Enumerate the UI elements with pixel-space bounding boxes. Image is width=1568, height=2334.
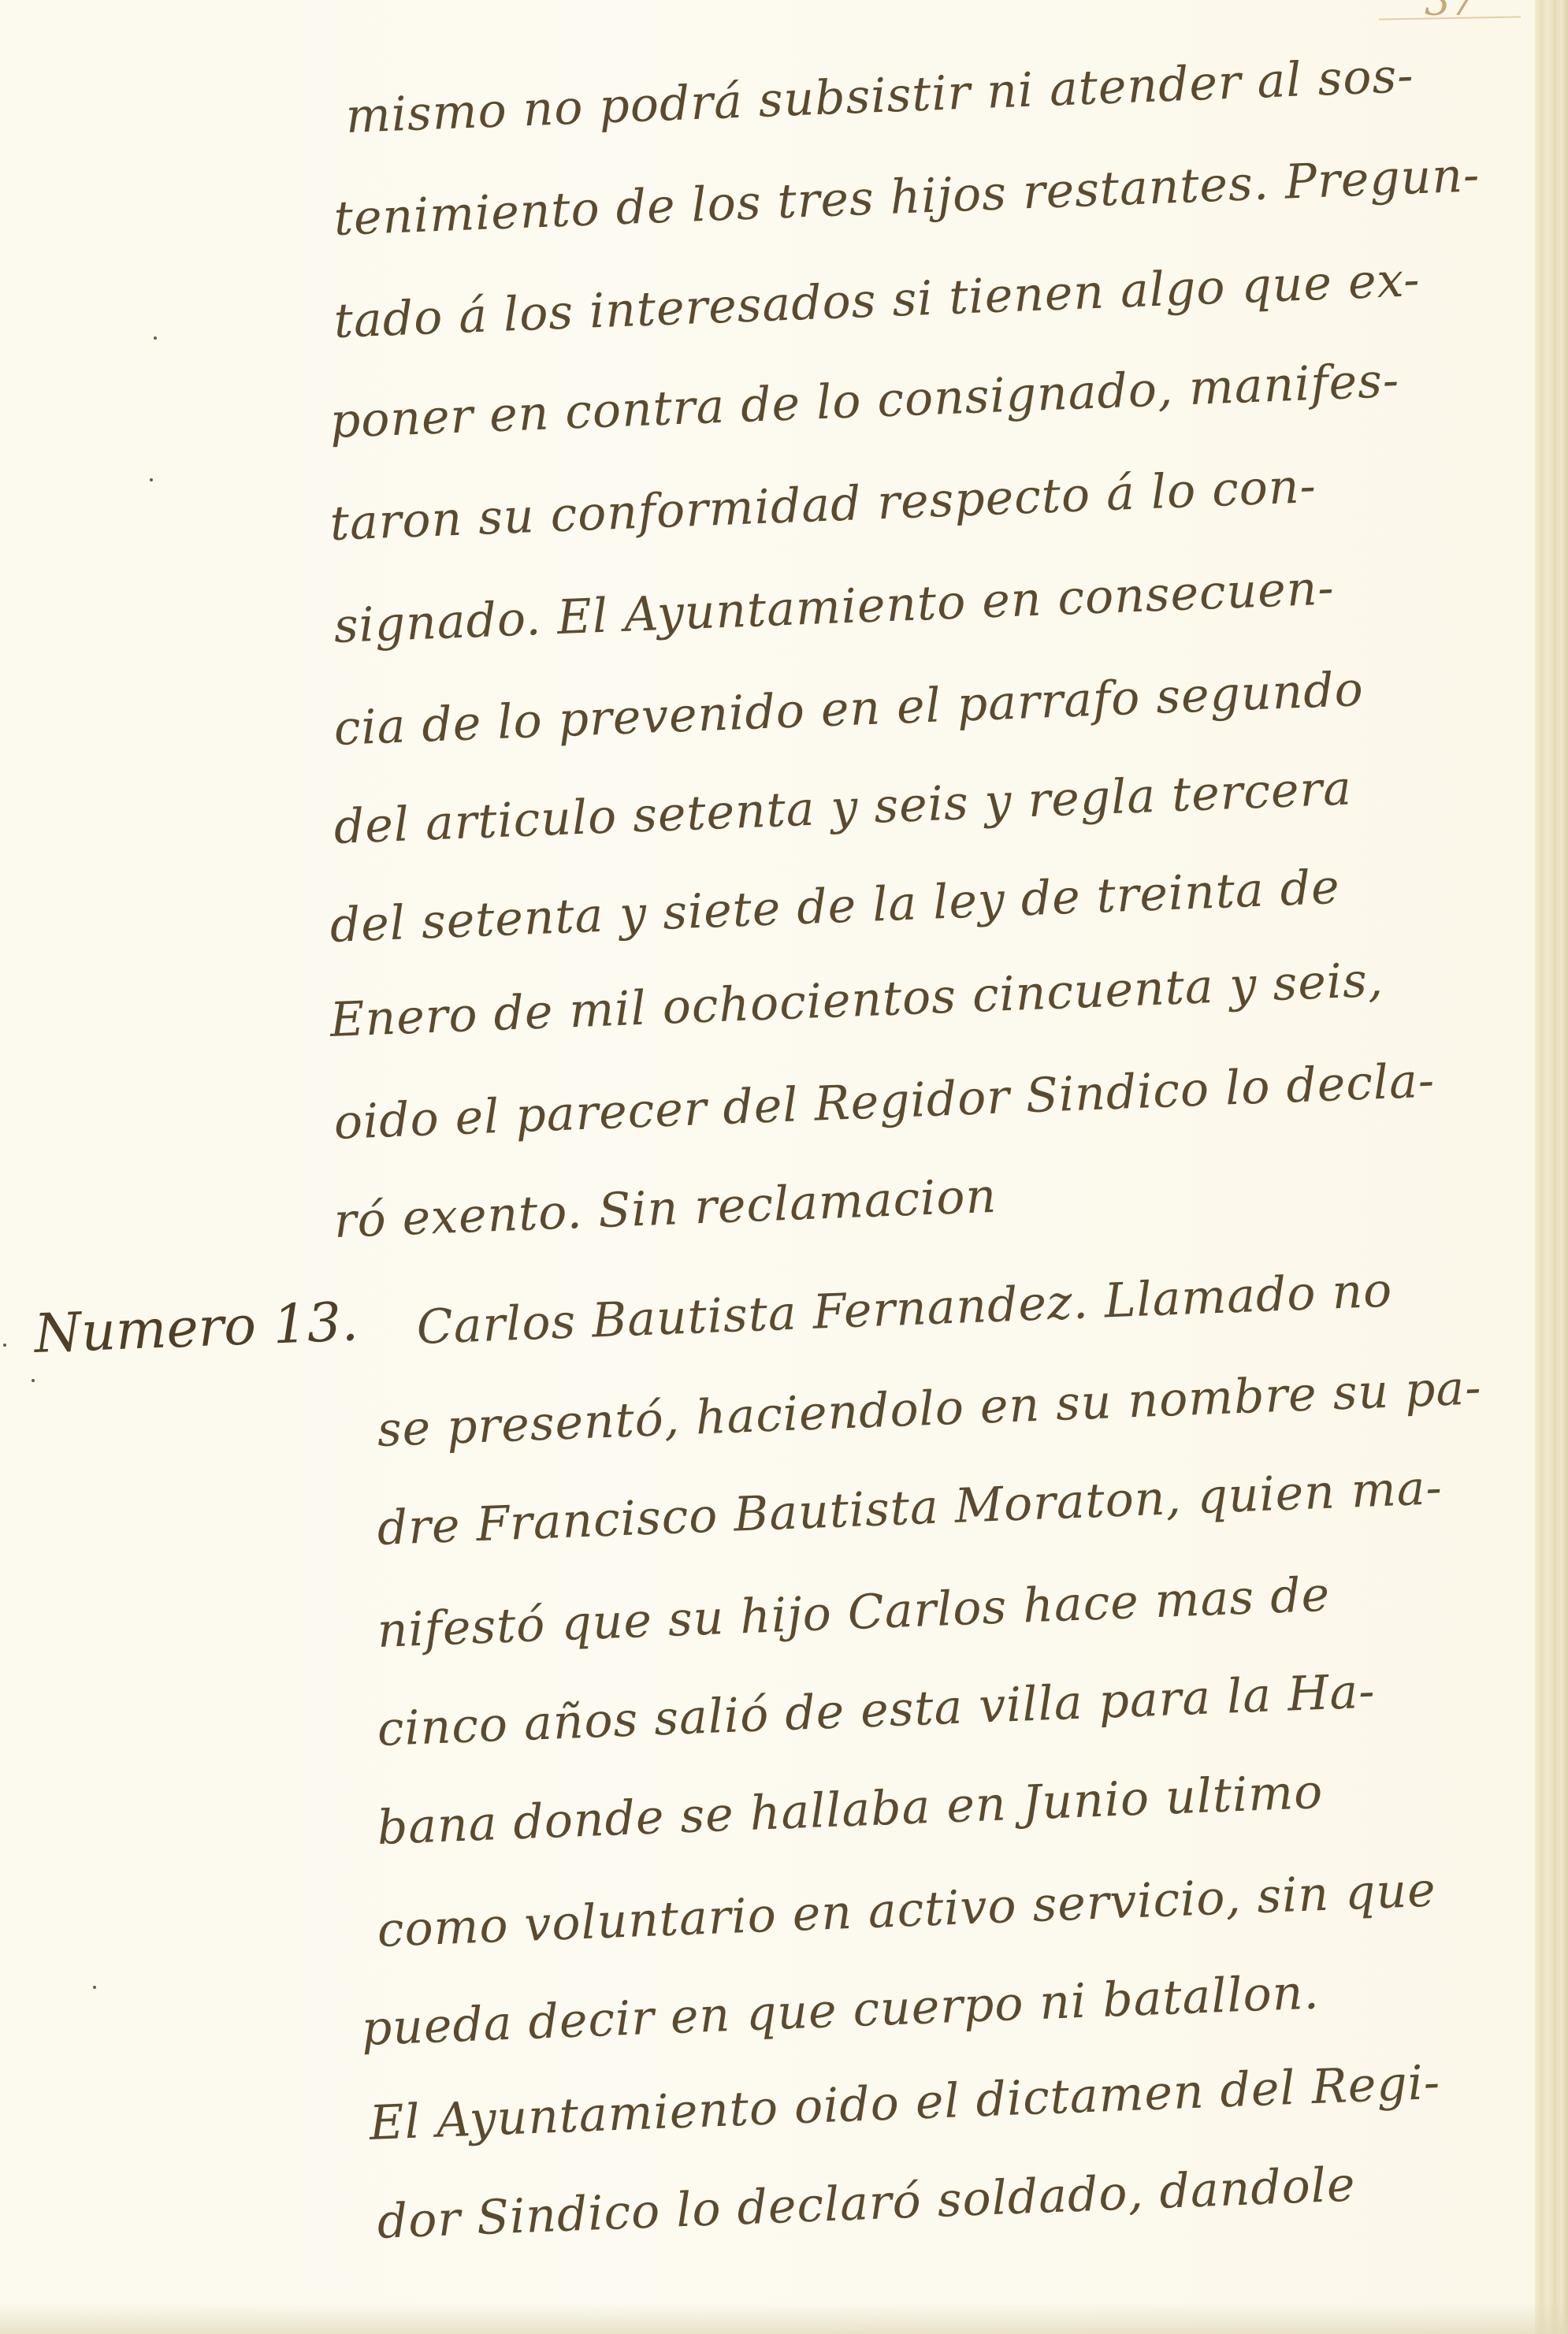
text-line-13: Carlos Bautista Fernandez. Llamado no bbox=[416, 1266, 1394, 1351]
ink-speck bbox=[150, 478, 153, 481]
text-line-18: bana donde se hallaba en Junio ultimo bbox=[377, 1768, 1325, 1852]
page-number: 37 bbox=[1425, 0, 1477, 25]
text-line-2: tenimiento de los tres hijos restantes. … bbox=[333, 151, 1481, 243]
text-line-11: oido el parecer del Regidor Sindico lo d… bbox=[333, 1057, 1436, 1147]
ink-speck bbox=[154, 336, 157, 340]
text-line-19: como voluntario en activo servicio, sin … bbox=[377, 1866, 1437, 1954]
text-line-8: del articulo setenta y seis y regla terc… bbox=[333, 764, 1353, 851]
text-line-6: signado. El Ayuntamiento en consecuen- bbox=[333, 564, 1336, 650]
text-line-15: dre Francisco Bautista Moraton, quien ma… bbox=[377, 1464, 1444, 1552]
text-line-9: del setenta y siete de la ley de treinta… bbox=[329, 864, 1341, 950]
text-line-21: El Ayuntamiento oido el dictamen del Reg… bbox=[369, 2059, 1441, 2147]
text-line-4: poner en contra de lo consignado, manife… bbox=[329, 357, 1400, 445]
text-line-7: cia de lo prevenido en el parrafo segund… bbox=[333, 666, 1365, 753]
ink-speck bbox=[93, 1986, 96, 1989]
bottom-edge-shadow bbox=[0, 2302, 1568, 2334]
text-line-20: pueda decir en que cuerpo ni batallon. bbox=[361, 1968, 1321, 2053]
ink-speck bbox=[32, 1379, 35, 1382]
manuscript-page: 37 mismo no podrá subsistir ni atender a… bbox=[0, 0, 1535, 2334]
page-edge-stack bbox=[1535, 0, 1568, 2334]
text-line-3: tado á los interesados si tienen algo qu… bbox=[333, 256, 1421, 345]
text-line-1: mismo no podrá subsistir ni atender al s… bbox=[345, 52, 1415, 140]
text-line-17: cinco años salió de esta villa para la H… bbox=[377, 1667, 1377, 1753]
entry-number-margin-note: Numero 13. bbox=[33, 1295, 359, 1362]
text-line-10: Enero de mil ochocientos cincuenta y sei… bbox=[329, 957, 1384, 1044]
text-line-22: dor Sindico lo declaró soldado, dandole bbox=[377, 2161, 1357, 2246]
text-line-5: taron su conformidad respecto á lo con- bbox=[329, 463, 1317, 548]
ink-speck bbox=[3, 1344, 6, 1347]
text-line-12: ró exento. Sin reclamacion bbox=[333, 1173, 998, 1245]
text-line-16: nifestó que su hijo Carlos hace mas de bbox=[377, 1571, 1331, 1655]
text-line-14: se presentó, haciendolo en su nombre su … bbox=[377, 1364, 1483, 1454]
